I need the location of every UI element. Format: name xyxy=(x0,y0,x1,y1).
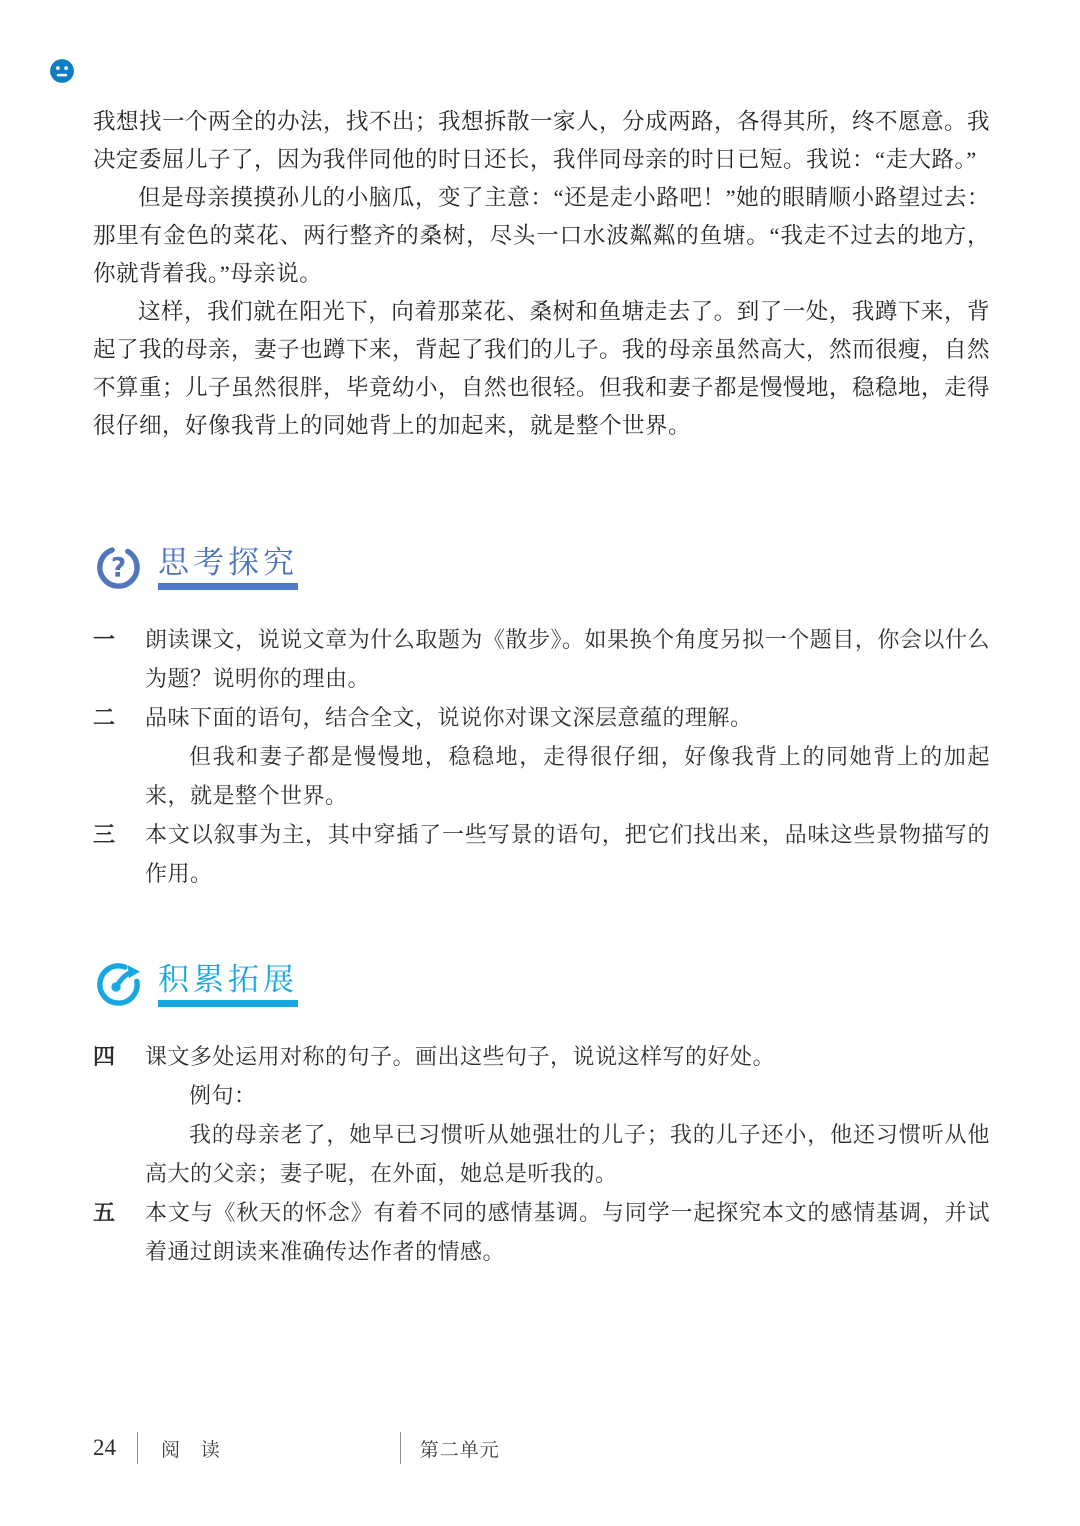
page-number: 24 xyxy=(93,1435,116,1461)
question-text: 品味下面的语句，结合全文，说说你对课文深层意蕴的理解。 xyxy=(145,698,990,737)
question-text: 课文多处运用对称的句子。画出这些句子，说说这样写的好处。 xyxy=(145,1037,990,1076)
footer-reading-label: 阅 读 xyxy=(161,1435,228,1462)
section-accumulate-expand: 积累拓展 四 课文多处运用对称的句子。画出这些句子，说说这样写的好处。 例句： … xyxy=(93,961,990,1271)
section-underline xyxy=(158,1000,298,1007)
textbook-page: 我想找一个两全的办法，找不出；我想拆散一家人，分成两路，各得其所，终不愿意。我决… xyxy=(0,0,1080,1526)
question-1: 一 朗读课文，说说文章为什么取题为《散步》。如果换个角度另拟一个题目，你会以什么… xyxy=(93,620,990,698)
body-paragraph-1: 我想找一个两全的办法，找不出；我想拆散一家人，分成两路，各得其所，终不愿意。我决… xyxy=(93,103,990,179)
question-5: 五 本文与《秋天的怀念》有着不同的感情基调。与同学一起探究本文的感情基调，并试着… xyxy=(93,1193,990,1271)
question-list: 四 课文多处运用对称的句子。画出这些句子，说说这样写的好处。 例句： 我的母亲老… xyxy=(93,1037,990,1271)
body-paragraph-2: 但是母亲摸摸孙儿的小脑瓜，变了主意：“还是走小路吧！”她的眼睛顺小路望过去：那里… xyxy=(93,179,990,293)
question-text: 本文以叙事为主，其中穿插了一些写景的语句，把它们找出来，品味这些景物描写的作用。 xyxy=(145,815,990,893)
question-text: 本文与《秋天的怀念》有着不同的感情基调。与同学一起探究本文的感情基调，并试着通过… xyxy=(145,1193,990,1271)
question-number: 二 xyxy=(93,698,145,737)
question-list: 一 朗读课文，说说文章为什么取题为《散步》。如果换个角度另拟一个题目，你会以什么… xyxy=(93,620,990,893)
cycle-arrow-icon xyxy=(95,961,142,1008)
question-number: 四 xyxy=(93,1037,145,1076)
question-number: 五 xyxy=(93,1193,145,1232)
question-4: 四 课文多处运用对称的句子。画出这些句子，说说这样写的好处。 例句： 我的母亲老… xyxy=(93,1037,990,1193)
section-underline xyxy=(158,583,298,590)
question-2: 二 品味下面的语句，结合全文，说说你对课文深层意蕴的理解。 但我和妻子都是慢慢地… xyxy=(93,698,990,815)
body-paragraph-3: 这样，我们就在阳光下，向着那菜花、桑树和鱼塘走去了。到了一处，我蹲下来，背起了我… xyxy=(93,293,990,445)
svg-text:?: ? xyxy=(111,552,126,583)
section-header: 积累拓展 xyxy=(95,961,990,1008)
footer-unit-label: 第二单元 xyxy=(420,1435,500,1462)
smiley-face-icon xyxy=(49,58,75,84)
question-number: 一 xyxy=(93,620,145,659)
section-title: 思考探究 xyxy=(158,546,298,580)
footer-divider xyxy=(400,1432,401,1464)
question-quote: 我的母亲老了，她早已习惯听从她强壮的儿子；我的儿子还小，他还习惯听从他高大的父亲… xyxy=(145,1115,990,1193)
reading-text: 我想找一个两全的办法，找不出；我想拆散一家人，分成两路，各得其所，终不愿意。我决… xyxy=(93,103,990,445)
section-think-explore: ? 思考探究 一 朗读课文，说说文章为什么取题为《散步》。如果换个角度另拟一个题… xyxy=(93,544,990,893)
question-quote: 但我和妻子都是慢慢地，稳稳地，走得很仔细，好像我背上的同她背上的加起来，就是整个… xyxy=(145,737,990,815)
question-number: 三 xyxy=(93,815,145,854)
section-header: ? 思考探究 xyxy=(95,544,990,591)
question-circle-icon: ? xyxy=(95,544,142,591)
section-title: 积累拓展 xyxy=(158,963,298,997)
footer-divider xyxy=(137,1432,138,1464)
question-3: 三 本文以叙事为主，其中穿插了一些写景的语句，把它们找出来，品味这些景物描写的作… xyxy=(93,815,990,893)
example-label: 例句： xyxy=(145,1076,990,1115)
question-text: 朗读课文，说说文章为什么取题为《散步》。如果换个角度另拟一个题目，你会以什么为题… xyxy=(145,620,990,698)
page-footer: 24 阅 读 第二单元 xyxy=(93,1432,990,1464)
